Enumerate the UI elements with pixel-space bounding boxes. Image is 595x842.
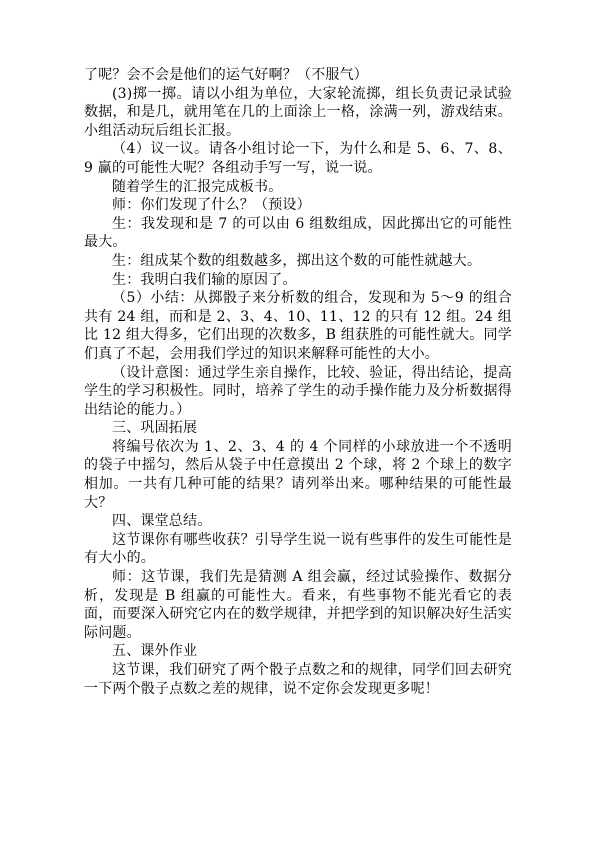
para-student-answer-3: 生：我明白我们输的原因了。 [84,271,512,290]
para-teacher-question: 师：你们发现了什么？（预设） [84,196,512,215]
para-step-3-toss: (3)掷一掷。请以小组为单位，大家轮流掷，组长负责记录试验数据，和是几，就用笔在… [84,85,512,141]
para-design-intent: （设计意图：通过学生亲自操作，比较、验证，得出结论，提高学生的学习积极性。同时，… [84,364,512,420]
document-page: 了呢？会不会是他们的运气好啊？（不服气） (3)掷一掷。请以小组为单位，大家轮流… [0,0,595,842]
heading-section-5-homework: 五、课外作业 [84,642,512,661]
para-teacher-summary: 师：这节课，我们先是猜测 A 组会赢，经过试验操作、数据分析，发现是 B 组赢的… [84,568,512,642]
para-continuation: 了呢？会不会是他们的运气好啊？（不服气） [84,66,512,85]
para-exercise-balls: 将编号依次为 1、2、3、4 的 4 个同样的小球放进一个不透明的袋子中摇匀，然… [84,438,512,512]
para-homework: 这节课，我们研究了两个骰子点数之和的规律，同学们回去研究一下两个骰子点数之差的规… [84,661,512,698]
heading-section-3-consolidation: 三、巩固拓展 [84,419,512,438]
document-body: 了呢？会不会是他们的运气好啊？（不服气） (3)掷一掷。请以小组为单位，大家轮流… [84,66,512,698]
para-lesson-gains: 这节课你有哪些收获？引导学生说一说有些事件的发生可能性是有大小的。 [84,531,512,568]
para-board-writing: 随着学生的汇报完成板书。 [84,178,512,197]
para-student-answer-1: 生：我发现和是 7 的可以由 6 组数组成，因此掷出它的可能性最大。 [84,215,512,252]
para-student-answer-2: 生：组成某个数的组数越多，掷出这个数的可能性就越大。 [84,252,512,271]
heading-section-4-class-summary: 四、课堂总结。 [84,512,512,531]
para-step-5-summary: （5）小结：从掷骰子来分析数的组合，发现和为 5～9 的组合共有 24 组，而和… [84,289,512,363]
para-step-4-discuss: （4）议一议。请各小组讨论一下，为什么和是 5、6、7、8、9 赢的可能性大呢？… [84,140,512,177]
